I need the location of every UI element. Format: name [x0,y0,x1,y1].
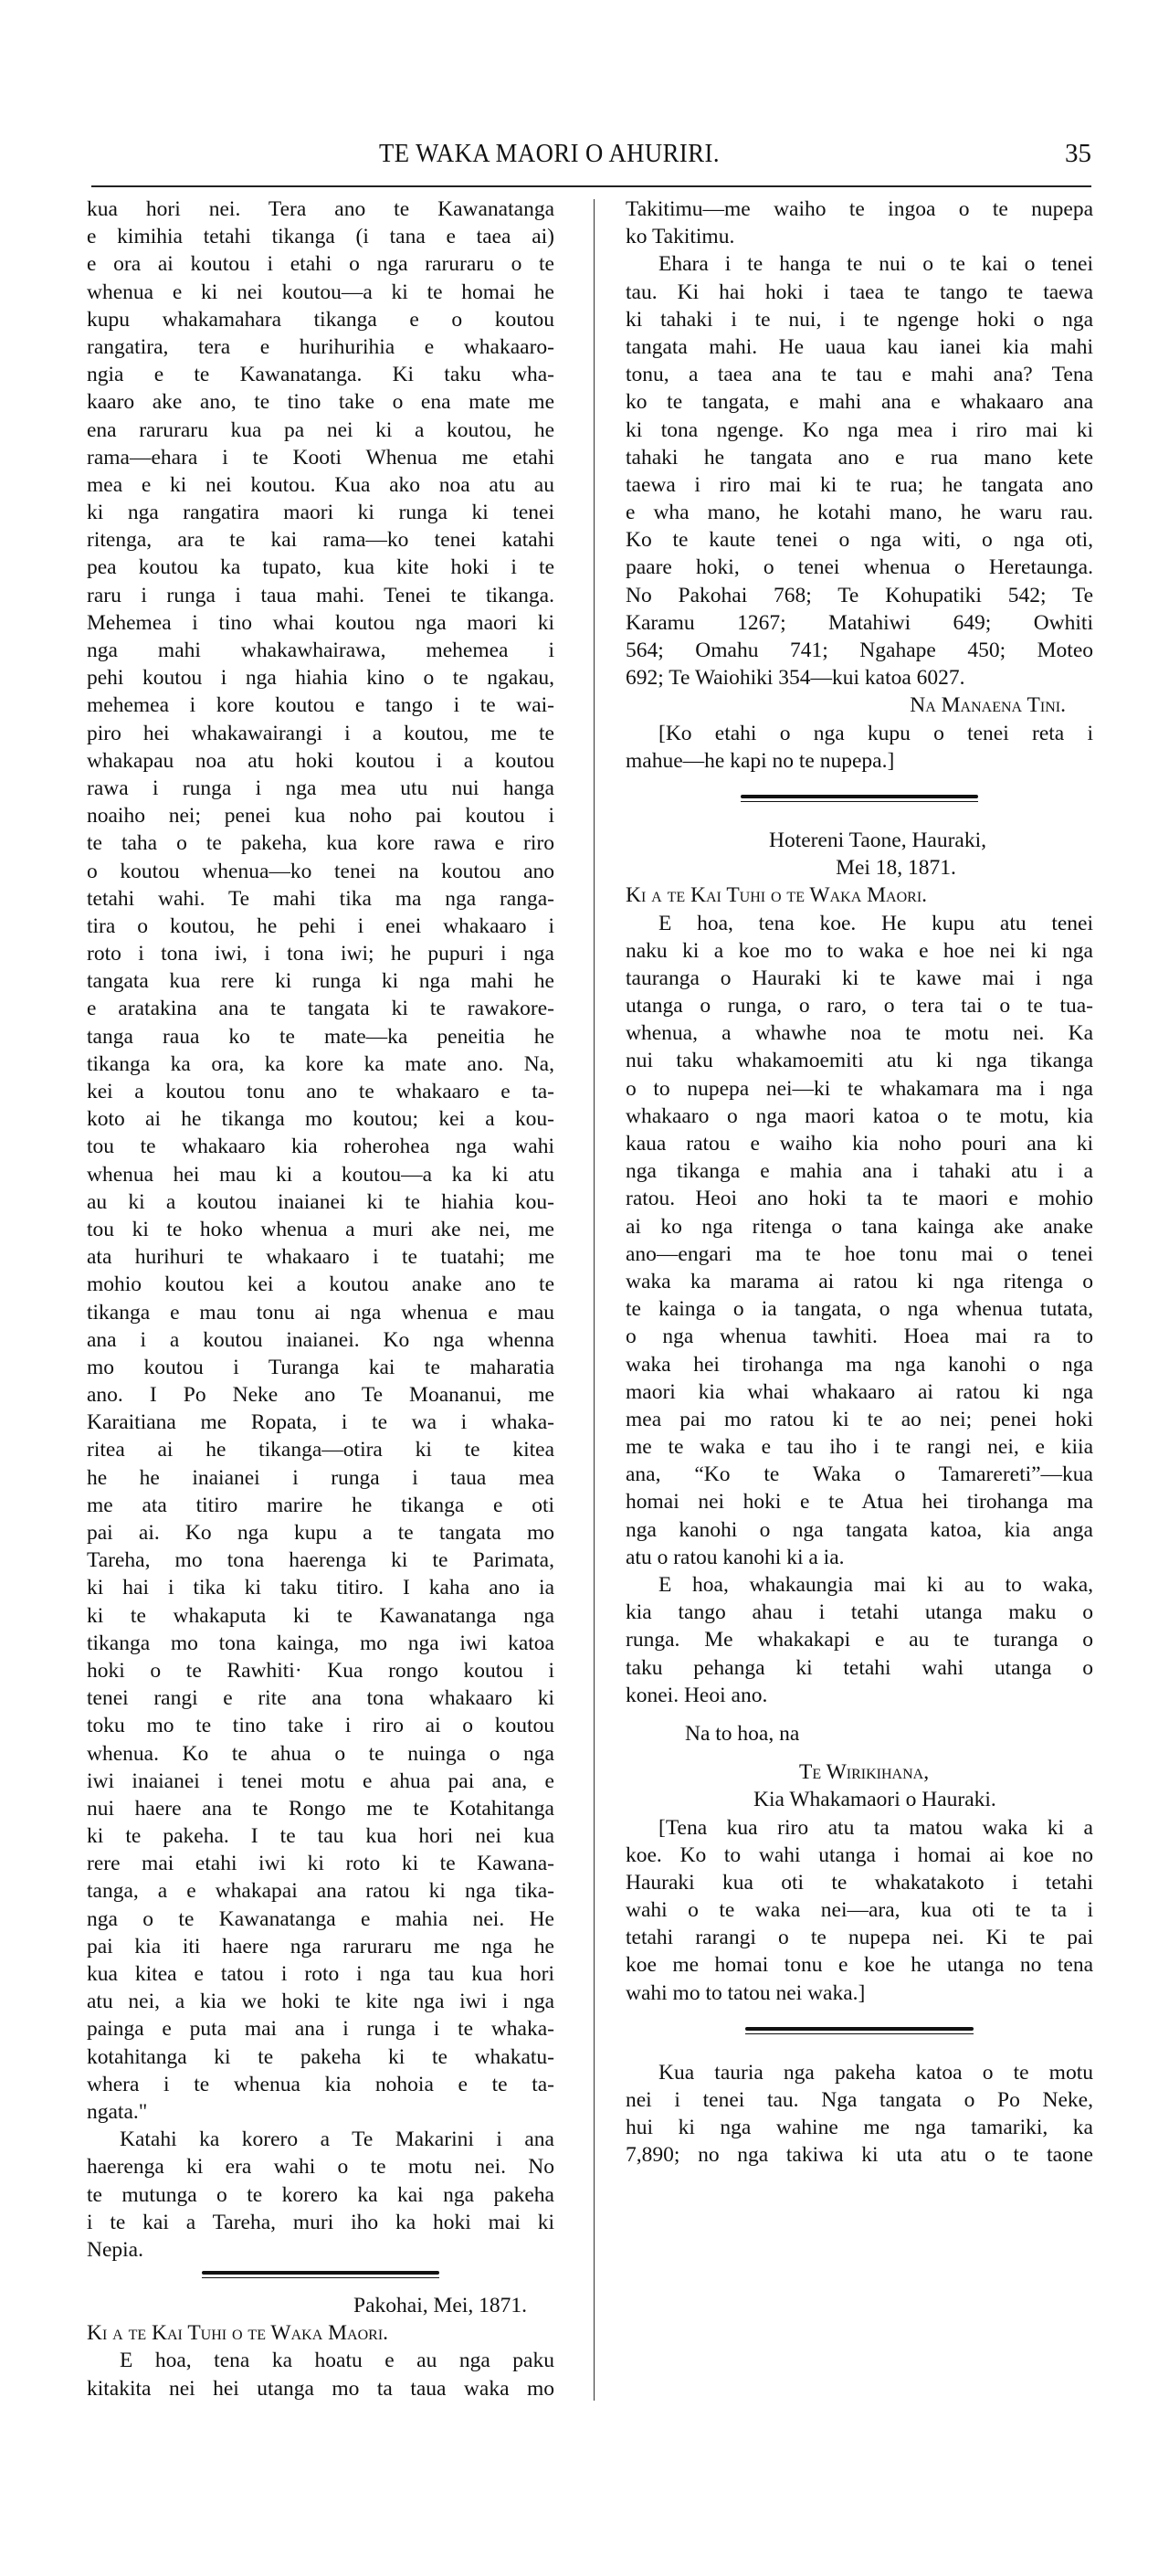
text-line: mahue—he kapi no te nupepa.] [626,747,1093,775]
text-line: Hauraki kua oti te whakatakoto i tetahi [626,1869,1093,1896]
text-line: whera i te whenua kia nohoia e te ta- [87,2071,554,2098]
text-line: nei i tenei tau. Nga tangata o Po Neke, [626,2086,1093,2114]
section-separator [741,795,978,803]
text-line: tau. Ki hai hoki i taea te tango te taew… [626,279,1093,306]
text-line: wahi mo to tatou nei waka.] [626,1980,1093,2007]
text-line: 692; Te Waiohiki 354—kui katoa 6027. [626,664,1093,692]
text-line: o to nupepa nei—ki te whakamara ma i nga [626,1075,1093,1103]
text-line: tauranga o Hauraki ki te kawe mai i nga [626,965,1093,992]
text-line: whenua hei mau ki a koutou—a ka ki atu [87,1161,554,1188]
letter-signature-name: Te Wirikihana, [626,1758,1093,1786]
right-column: Takitimu—me waiho te ingoa o te nupepako… [626,195,1093,2170]
text-line: kitakita nei hei utanga mo ta taua waka … [87,2375,554,2402]
text-line: taewa i riro mai ki te rua; he tangata a… [626,471,1093,499]
letter-continuation: Takitimu—me waiho te ingoa o te nupepako… [626,195,1093,250]
article-closing-paragraph: Katahi ka korero a Te Makarini i anahaer… [87,2126,554,2264]
text-line: mohio koutou kei a koutou anake ano te [87,1271,554,1298]
text-line: ana i a koutou inaianei. Ko nga whenna [87,1326,554,1354]
text-line: nga mahi whakawhairawa, mehemea i [87,637,554,664]
text-line: ano. I Po Neke ano Te Moananui, me [87,1381,554,1409]
text-line: tikanga e mau tonu ai nga whenua e mau [87,1299,554,1326]
text-line: wahi o te waka nei—ara, kua oti te ta i [626,1896,1093,1924]
text-line: ena raruraru kua pa nei ki a koutou, he [87,417,554,444]
text-line: tahaki he tangata ano e rua mano kete [626,444,1093,471]
text-line: ko Takitimu. [626,223,1093,250]
text-line: kia tango ahau i tetahi utanga maku o [626,1599,1093,1626]
text-line: Karaitiana me Ropata, i te wa i whaka- [87,1409,554,1436]
text-line: tangata kua rere ki runga ki nga mahi he [87,967,554,995]
text-line: kua kitea e tatou i roto i nga tau kua h… [87,1960,554,1988]
text-line: maori kia whai whakaaro ai ratou ki nga [626,1378,1093,1406]
text-line: Ko te kaute tenei o nga witi, o nga oti, [626,526,1093,554]
letter-body-paragraph-1: E hoa, tena koe. He kupu atu teneinaku k… [626,910,1093,1572]
text-line: Karamu 1267; Matahiwi 649; Owhiti [626,609,1093,637]
text-line: whakaaro o nga maori katoa o te motu, ki… [626,1103,1093,1130]
text-line: Nepia. [87,2236,554,2264]
text-line: runga. Me whakakapi e au te turanga o [626,1626,1093,1653]
text-line: pehi koutou i nga hiahia kino o te ngaka… [87,664,554,692]
letter-salutation: Ki a te Kai Tuhi o te Waka Maori. [626,882,1093,909]
text-line: tangata mahi. He uaua kau ianei kia mahi [626,333,1093,361]
letter-dateline-date: Mei 18, 1871. [626,854,1093,882]
text-line: nga tikanga e mahia ana i tahaki atu i a [626,1157,1093,1185]
text-line: tou ki te hoko whenua a muri ake nei, me [87,1216,554,1243]
newspaper-title: TE WAKA MAORI O AHURIRI. [379,139,720,169]
text-line: nga kanohi o nga tangata katoa, kia anga [626,1516,1093,1544]
text-line: paare hoki, o tenei whenua o Heretaunga. [626,554,1093,581]
text-line: [Tena kua riro atu ta matou waka ki a [626,1814,1093,1842]
article-continuation: kua hori nei. Tera ano te Kawanatangae k… [87,195,554,2126]
text-line: kupu whakamahara tikanga e o koutou [87,306,554,333]
text-line: No Pakohai 768; Te Kohupatiki 542; Te [626,582,1093,609]
text-line: konei. Heoi ano. [626,1682,1093,1709]
letter-signature: Na Manaena Tini. [626,692,1093,719]
text-line: naku ki a koe mo to waka e hoe nei ki ng… [626,937,1093,965]
text-line: tikanga ka ora, ka kore ka mate ano. Na, [87,1050,554,1078]
text-line: ki tahaki i te nui, i te ngenge hoki o n… [626,306,1093,333]
text-line: koe me homai tonu e koe he utanga no ten… [626,1951,1093,1979]
column-divider [594,199,595,2401]
text-line: rama—ehara i te Kooti Whenua me etahi [87,444,554,471]
text-line: e aratakina ana te tangata ki te rawakor… [87,995,554,1022]
text-line: mo koutou i Turanga kai te maharatia [87,1354,554,1381]
text-line: atu o ratou kanohi ki a ia. [626,1544,1093,1571]
text-line: whakapau noa atu hoki koutou i a koutou [87,747,554,775]
text-line: pai ai. Ko nga kupu a te tangata mo [87,1519,554,1547]
text-line: Katahi ka korero a Te Makarini i ana [87,2126,554,2153]
letter-closing: Na to hoa, na [626,1720,1093,1747]
text-line: tikanga mo tona kainga, mo nga iwi katoa [87,1630,554,1657]
text-line: Kua tauria nga pakeha katoa o te motu [626,2059,1093,2086]
text-line: ritenga, ara te kai rama—ko tenei katahi [87,526,554,554]
text-line: mehemea i kore koutou e tango i te wai- [87,692,554,719]
text-line: tanga raua ko te mate—ka peneitia he [87,1023,554,1050]
text-line: tira o koutou, he pehi i enei whakaaro i [87,913,554,940]
text-line: mea pai mo ratou ki te ao nei; penei hok… [626,1406,1093,1433]
text-line: iwi inaianei i tenei motu e ahua pai ana… [87,1768,554,1795]
text-line: ki hai i tika ki taku titiro. I kaha ano… [87,1574,554,1601]
text-line: nui taku whakamoemiti atu ki nga tikanga [626,1047,1093,1074]
text-line: hui ki nga wahine me nga tamariki, ka [626,2114,1093,2141]
text-line: rere mai etahi iwi ki roto ki te Kawana- [87,1850,554,1877]
text-line: tenei rangi e rite ana tona whakaaro ki [87,1684,554,1712]
editor-note: [Tena kua riro atu ta matou waka ki akoe… [626,1814,1093,2007]
text-line: e wha mano, he kotahi mano, he waru rau. [626,499,1093,526]
text-line: o nga whenua tawhiti. Hoea mai ra to [626,1323,1093,1350]
text-line: kotahitanga ki te pakeha ki te whakatu- [87,2043,554,2071]
text-line: raru i runga i taua mahi. Tenei te tikan… [87,582,554,609]
section-separator [745,2027,974,2035]
text-line: tonu, a taea ana te tau e mahi ana? Tena [626,361,1093,388]
text-line: piro hei whakawairangi i a koutou, me te [87,720,554,747]
text-line: toku mo te tino take i riro ai o koutou [87,1712,554,1739]
left-column: kua hori nei. Tera ano te Kawanatangae k… [87,195,554,2402]
text-line: Takitimu—me waiho te ingoa o te nupepa [626,195,1093,223]
text-line: i te kai a Tareha, muri iho ka hoki mai … [87,2209,554,2236]
text-line: atu nei, a kia we hoki te kite nga iwi i… [87,1988,554,2015]
text-line: ana, “Ko te Waka o Tamarereti”—kua [626,1461,1093,1488]
text-line: ngata." [87,2098,554,2126]
text-line: 564; Omahu 741; Ngahape 450; Moteo [626,637,1093,664]
header-rule [91,185,1091,187]
text-line: ai ko nga ritenga o tana kainga ake anak… [626,1213,1093,1240]
text-line: tetahi wahi. Te mahi tika ma nga ranga- [87,885,554,913]
text-line: te mutunga o te korero ka kai nga pakeha [87,2181,554,2209]
text-line: roto i tona iwi, i tona iwi; he pupuri i… [87,940,554,967]
text-line: Tareha, mo tona haerenga ki te Parimata, [87,1547,554,1574]
page-number: 35 [1065,139,1091,169]
text-line: pea koutou ka tupato, kua kite hoki i te [87,554,554,581]
text-line: 7,890; no nga takiwa ki uta atu o te tao… [626,2141,1093,2169]
text-line: ngia e te Kawanatanga. Ki taku wha- [87,361,554,388]
text-line: noaiho nei; penei kua noho pai koutou i [87,802,554,829]
running-header: TE WAKA MAORI O AHURIRI. 35 [91,137,1091,174]
text-line: whenua. Ko te ahua o te nuinga o nga [87,1740,554,1768]
text-line: whenua e ki nei koutou—a ki te homai he [87,279,554,306]
text-line: waka hei tirohanga ma nga kanohi o nga [626,1351,1093,1378]
text-line: waka ka marama ai ratou ki nga ritenga o [626,1268,1093,1295]
text-line: homai nei hoki e te Atua hei tirohanga m… [626,1488,1093,1515]
text-line: te taha o te pakeha, kua kore rawa e rir… [87,829,554,857]
text-line: me ata titiro marire he tikanga e oti [87,1492,554,1519]
letter-dateline: Pakohai, Mei, 1871. [87,2292,554,2319]
text-line: ko te tangata, e mahi ana e whakaaro ana [626,388,1093,416]
text-line: ki tona ngenge. Ko nga mea i riro mai ki [626,417,1093,444]
text-line: tanga, a e whakapai ana ratou ki nga tik… [87,1877,554,1905]
text-line: e kimihia tetahi tikanga (i tana e taea … [87,223,554,250]
harvest-report-paragraph: Ehara i te hanga te nui o te kai o tenei… [626,250,1093,692]
text-line: utanga o runga, o raro, o tera tai o te … [626,992,1093,1019]
text-line: E hoa, whakaungia mai ki au to waka, [626,1571,1093,1599]
text-line: nga o te Kawanatanga e mahia nei. He [87,1906,554,1933]
text-line: koe. Ko to wahi utanga i homai ai koe no [626,1842,1093,1869]
text-line: pai kia iti haere nga raruraru me nga he [87,1933,554,1960]
text-line: o koutou whenua—ko tenei na koutou ano [87,858,554,885]
text-line: te kainga o ia tangata, o nga whenua tut… [626,1295,1093,1323]
editor-note: [Ko etahi o nga kupu o tenei reta imahue… [626,720,1093,775]
text-line: tetahi rarangi o te nupepa nei. Ki te pa… [626,1924,1093,1951]
text-line: me te waka e tau iho i te rangi nei, e k… [626,1433,1093,1461]
text-line: E hoa, tena ka hoatu e au nga paku [87,2347,554,2374]
text-line: tou te whakaaro kia roherohea nga wahi [87,1133,554,1160]
text-line: e ora ai koutou i etahi o nga raruraru o… [87,250,554,278]
letter-salutation: Ki a te Kai Tuhi o te Waka Maori. [87,2319,554,2347]
text-line: au ki a koutou inaianei ki te hiahia kou… [87,1188,554,1216]
text-line: ki te whakaputa ki te Kawanatanga nga [87,1602,554,1630]
text-line: [Ko etahi o nga kupu o tenei reta i [626,720,1093,747]
text-line: ata hurihuri te whakaaro i te tuatahi; m… [87,1243,554,1271]
text-line: nui haere ana te Rongo me te Kotahitanga [87,1795,554,1822]
text-line: haerenga ki era wahi o te motu nei. No [87,2153,554,2180]
text-line: rangatira, tera e hurihurihia e whakaaro… [87,333,554,361]
text-line: ki nga rangatira maori ki runga ki tenei [87,499,554,526]
text-line: ano—engari ma te hoe tonu mai o tenei [626,1240,1093,1268]
text-line: mea e ki nei koutou. Kua ako noa atu au [87,471,554,499]
text-line: kei a koutou tonu ano te whakaaro e ta- [87,1078,554,1105]
text-line: kaua ratou e waiho kia noho pouri ana ki [626,1130,1093,1157]
text-line: Mehemea i tino whai koutou nga maori ki [87,609,554,637]
text-line: Ehara i te hanga te nui o te kai o tenei [626,250,1093,278]
text-line: koto ai he tikanga mo koutou; kei a kou- [87,1105,554,1133]
letter-signature-role: Kia Whakamaori o Hauraki. [626,1786,1093,1813]
text-line: painga e puta mai ana i runga i te whaka… [87,2015,554,2043]
text-line: rawa i runga i nga mea utu nui hanga [87,775,554,802]
census-paragraph: Kua tauria nga pakeha katoa o te motunei… [626,2059,1093,2170]
text-line: kaaro ake ano, te tino take o ena mate m… [87,388,554,416]
section-separator [202,2271,439,2279]
text-line: whenua, a whawhe noa te motu nei. Ka [626,1019,1093,1047]
letter-body: E hoa, tena ka hoatu e au nga pakukitaki… [87,2347,554,2402]
text-line: E hoa, tena koe. He kupu atu tenei [626,910,1093,937]
text-line: taku pehanga ki tetahi wahi utanga o [626,1654,1093,1682]
text-line: kua hori nei. Tera ano te Kawanatanga [87,195,554,223]
text-line: ritea ai he tikanga—otira ki te kitea [87,1436,554,1463]
text-line: ki te pakeha. I te tau kua hori nei kua [87,1822,554,1850]
letter-body-paragraph-2: E hoa, whakaungia mai ki au to waka,kia … [626,1571,1093,1709]
text-line: ratou. Heoi ano hoki ta te maori e mohio [626,1185,1093,1212]
text-line: hoki o te Rawhiti· Kua rongo koutou i [87,1657,554,1684]
letter-dateline-place: Hotereni Taone, Hauraki, [626,827,1093,854]
text-line: he he inaianei i runga i taua mea [87,1464,554,1492]
